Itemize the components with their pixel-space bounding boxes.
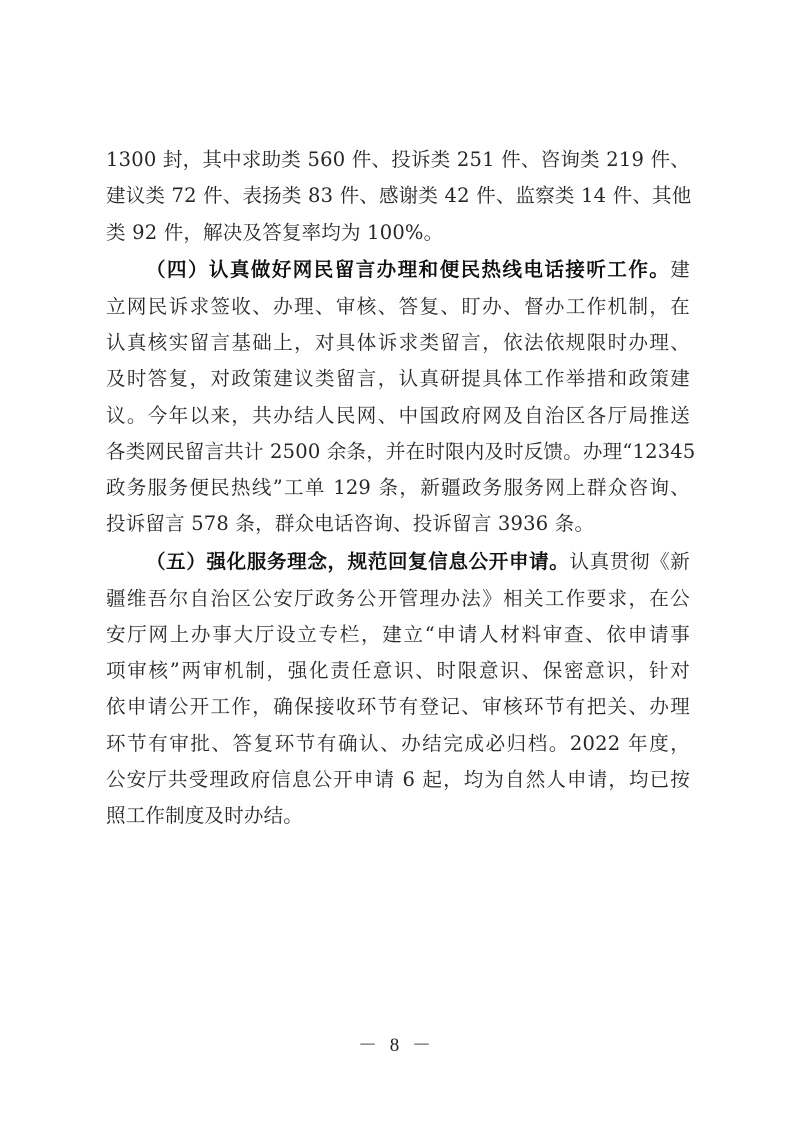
text-run: 建	[670, 258, 690, 281]
text-line: 立网民诉求签收、办理、审核、答复、盯办、督办工作机制，在	[106, 289, 690, 325]
paragraph-section-5: （五）强化服务理念，规范回复信息公开申请。认真贯彻《新 疆维吾尔自治区公安厅政务…	[106, 544, 690, 834]
section-heading: （五）强化服务理念，规范回复信息公开申请。	[146, 550, 569, 573]
text-line: 项审核”两审机制，强化责任意识、时限意识、保密意识，针对	[106, 653, 690, 689]
text-line: 投诉留言 578 条，群众电话咨询、投诉留言 3936 条。	[106, 506, 690, 542]
document-page: 1300 封，其中求助类 560 件、投诉类 251 件、咨询类 219 件、 …	[0, 0, 793, 1122]
text-line: 各类网民留言共计 2500 余条，并在时限内及时反馈。办理“12345	[106, 434, 690, 470]
text-line: 议。今年以来，共办结人民网、中国政府网及自治区各厅局推送	[106, 398, 690, 434]
text-line: 1300 封，其中求助类 560 件、投诉类 251 件、咨询类 219 件、	[106, 142, 690, 178]
text-line: 建议类 72 件、表扬类 83 件、感谢类 42 件、监察类 14 件、其他	[106, 178, 690, 214]
text-line: 及时答复，对政策建议类留言，认真研提具体工作举措和政策建	[106, 361, 690, 397]
text-line: 依申请公开工作，确保接收环节有登记、审核环节有把关、办理	[106, 689, 690, 725]
text-line: 环节有审批、答复环节有确认、办结完成必归档。2022 年度，	[106, 726, 690, 762]
text-line: 照工作制度及时办结。	[106, 798, 690, 834]
text-run: 认真贯彻《新	[569, 550, 690, 573]
text-line: 安厅网上办事大厅设立专栏，建立“申请人材料审查、依申请事	[106, 617, 690, 653]
text-line: 疆维吾尔自治区公安厅政务公开管理办法》相关工作要求，在公	[106, 581, 690, 617]
text-line: 认真核实留言基础上，对具体诉求类留言，依法依规限时办理、	[106, 325, 690, 361]
body-text: 1300 封，其中求助类 560 件、投诉类 251 件、咨询类 219 件、 …	[106, 142, 690, 835]
text-line: （四）认真做好网民留言办理和便民热线电话接听工作。建	[106, 252, 690, 288]
text-line: 公安厅共受理政府信息公开申请 6 起，均为自然人申请，均已按	[106, 762, 690, 798]
paragraph-section-4: （四）认真做好网民留言办理和便民热线电话接听工作。建 立网民诉求签收、办理、审核…	[106, 252, 690, 542]
page-number: － 8 －	[0, 1030, 793, 1057]
text-line: （五）强化服务理念，规范回复信息公开申请。认真贯彻《新	[106, 544, 690, 580]
section-heading: （四）认真做好网民留言办理和便民热线电话接听工作。	[146, 258, 670, 281]
paragraph-continued: 1300 封，其中求助类 560 件、投诉类 251 件、咨询类 219 件、 …	[106, 142, 690, 251]
text-line: 政务服务便民热线”工单 129 条，新疆政务服务网上群众咨询、	[106, 470, 690, 506]
text-line: 类 92 件，解决及答复率均为 100%。	[106, 215, 690, 251]
